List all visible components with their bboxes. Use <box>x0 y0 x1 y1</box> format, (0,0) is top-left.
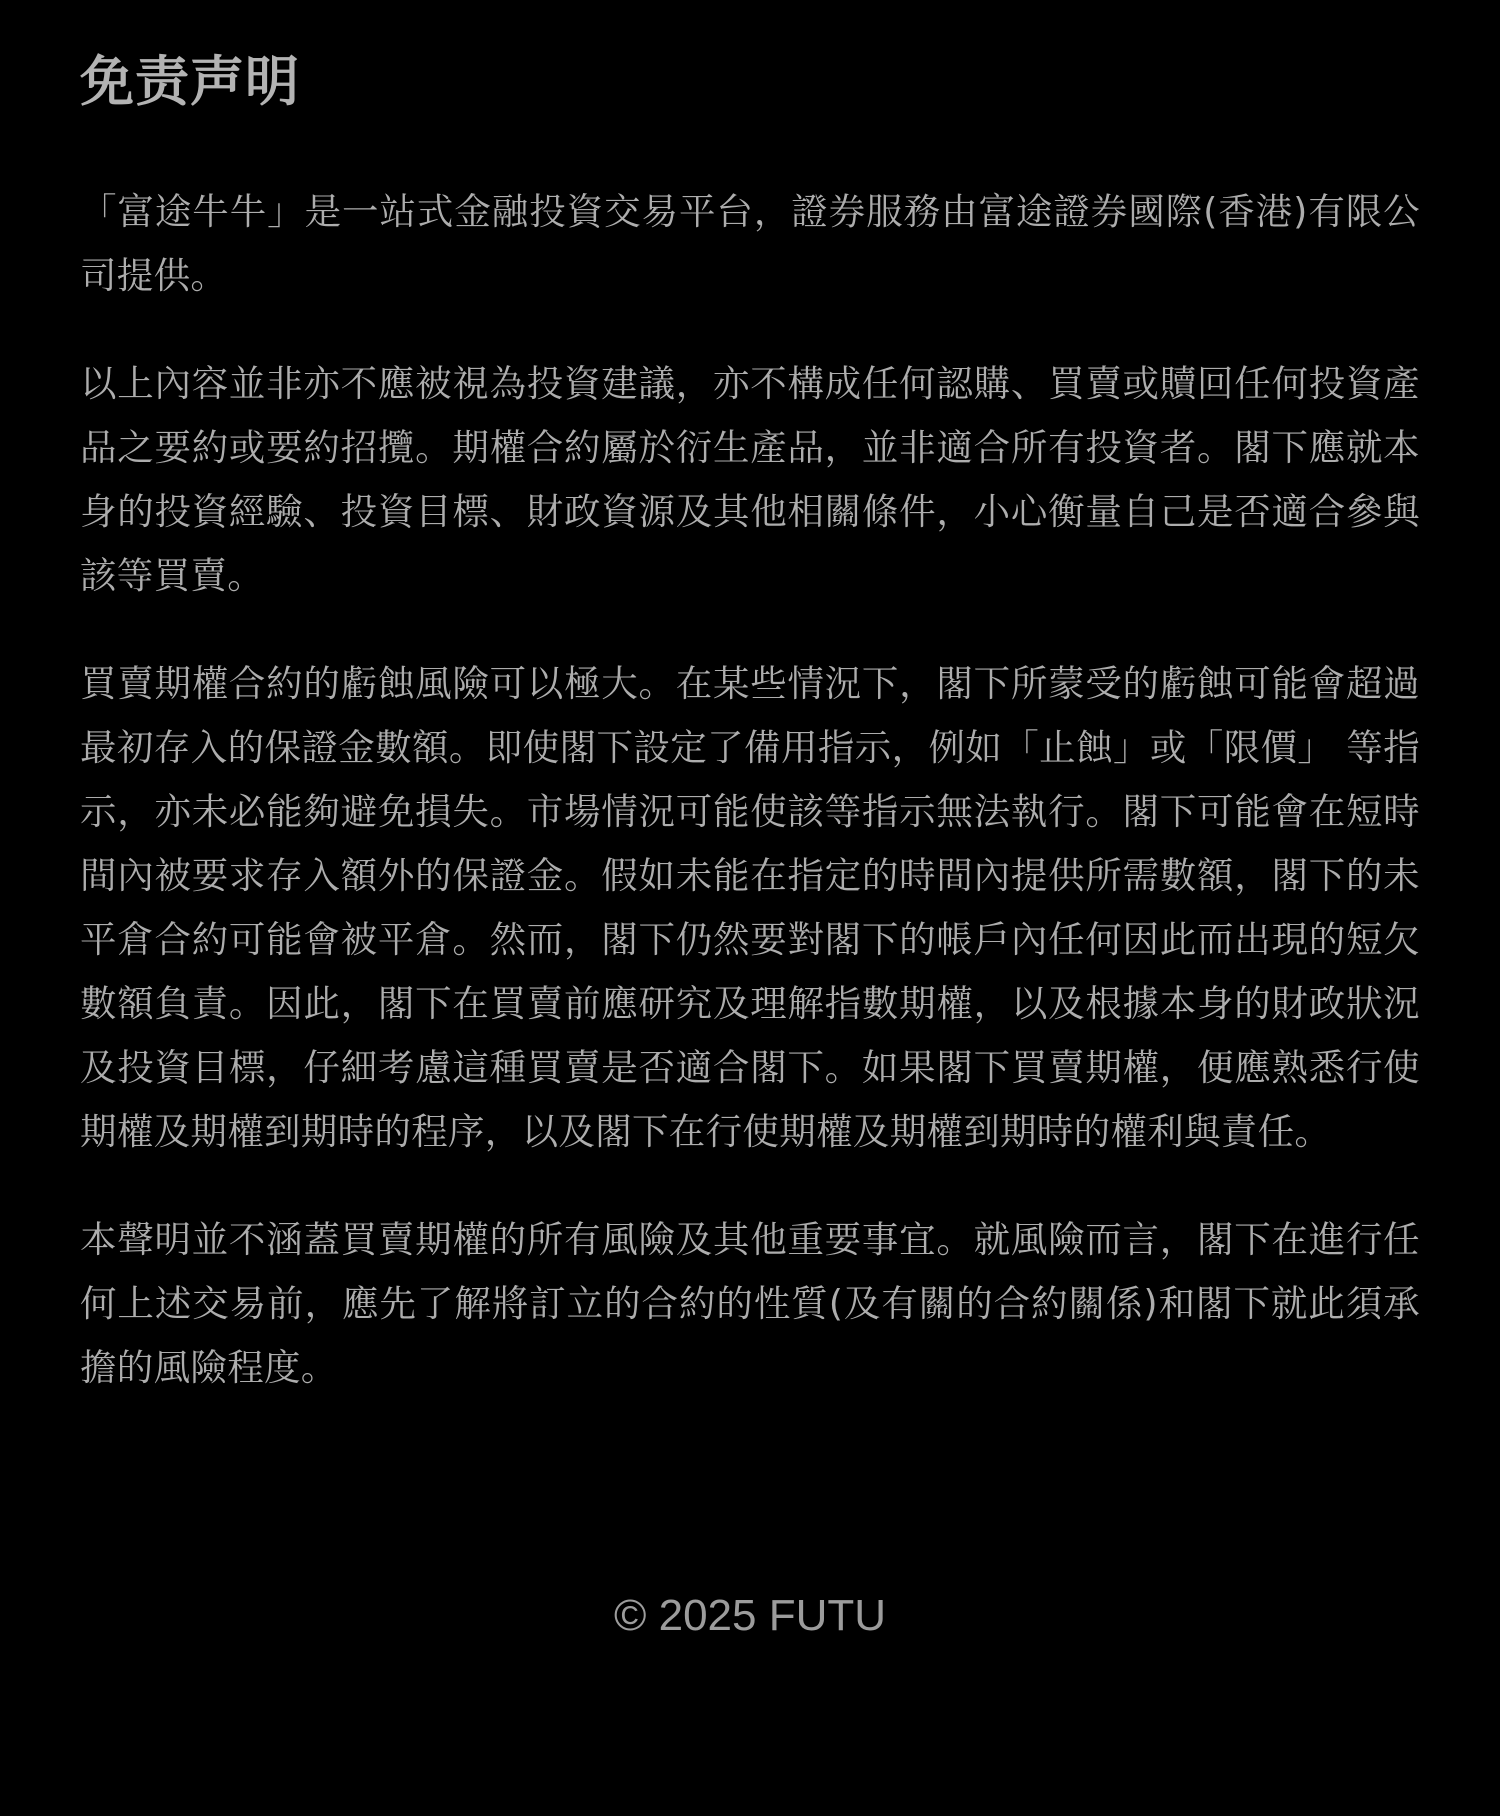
disclaimer-section: 免责声明 「富途牛牛」是一站式金融投資交易平台，證券服務由富途證券國際(香港)有… <box>80 40 1420 1444</box>
copyright-footer: © 2025 FUTU <box>0 1588 1500 1644</box>
disclaimer-paragraph-not-advice: 以上內容並非亦不應被視為投資建議，亦不構成任何認購、買賣或贖回任何投資產品之要約… <box>80 352 1420 608</box>
disclaimer-paragraph-platform: 「富途牛牛」是一站式金融投資交易平台，證券服務由富途證券國際(香港)有限公司提供… <box>80 180 1420 308</box>
disclaimer-title: 免责声明 <box>80 40 1420 124</box>
disclaimer-paragraph-scope: 本聲明並不涵蓋買賣期權的所有風險及其他重要事宜。就風險而言，閣下在進行任何上述交… <box>80 1208 1420 1400</box>
disclaimer-paragraph-options-risk: 買賣期權合約的虧蝕風險可以極大。在某些情況下，閣下所蒙受的虧蝕可能會超過最初存入… <box>80 652 1420 1164</box>
